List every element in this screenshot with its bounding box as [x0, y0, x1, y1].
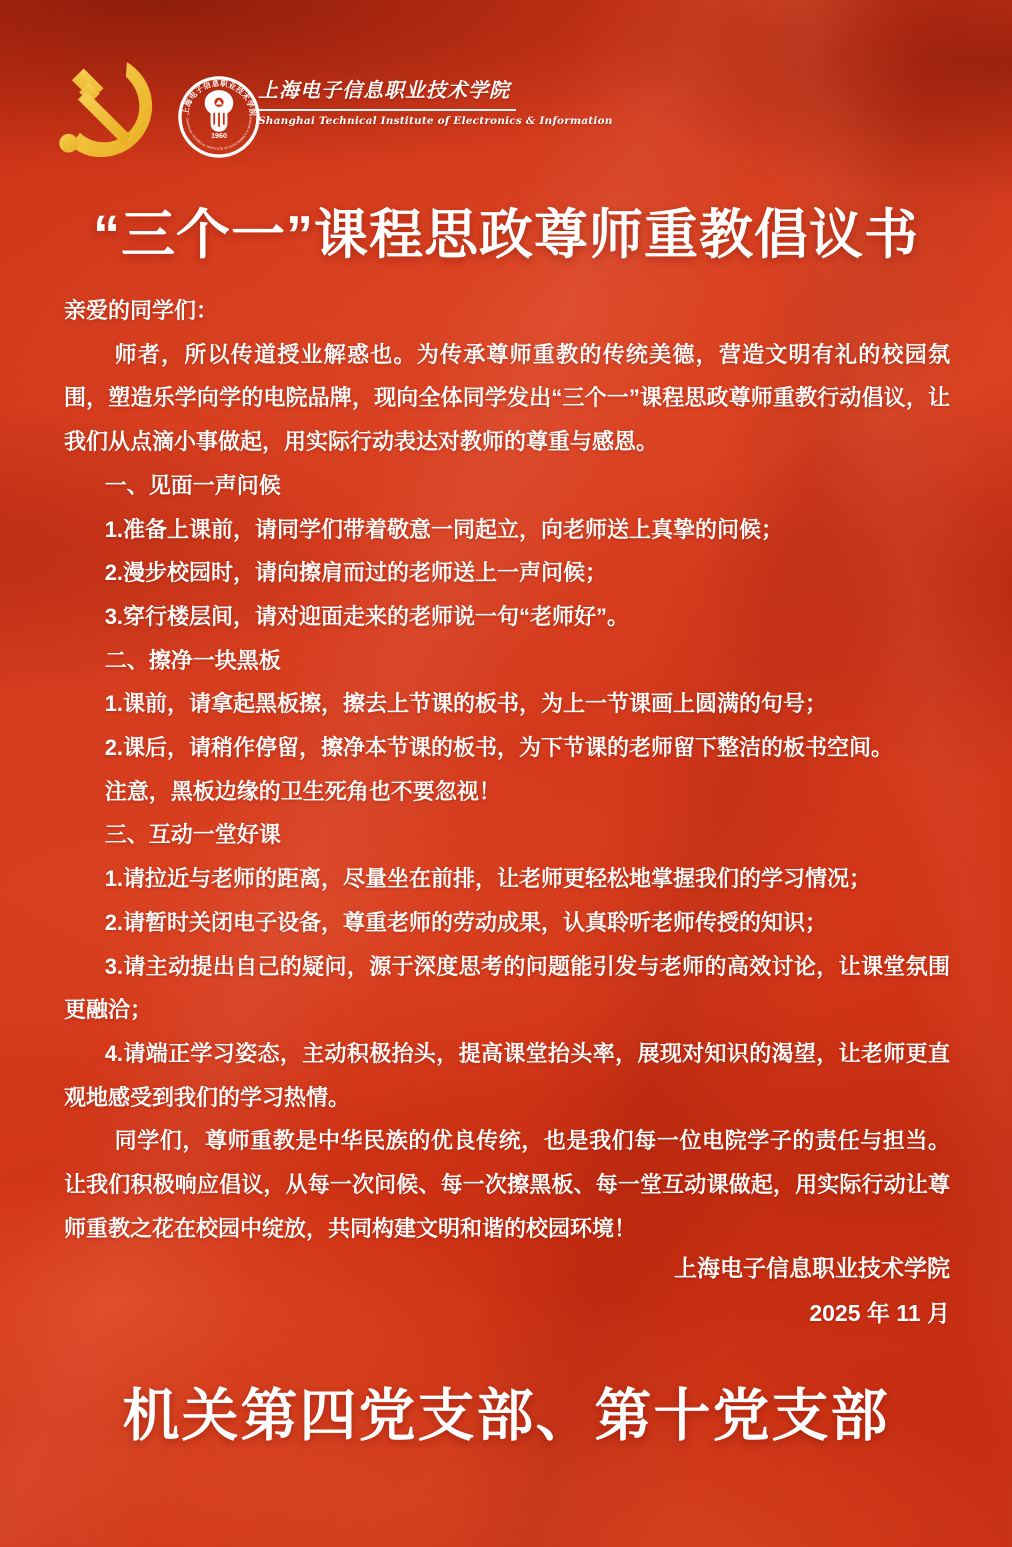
school-logo-icon: 上海电子信息职业技术学院 1960 SHANGHAI TECHNICAL INS…: [177, 75, 261, 159]
salutation: 亲爱的同学们：: [64, 289, 950, 333]
logo-central-emblem: [205, 90, 234, 132]
section-2-item-2: 2.课后，请稍作停留，擦净本节课的板书，为下节课的老师留下整洁的板书空间。: [64, 726, 950, 770]
section-3-item-3: 3.请主动提出自己的疑问，源于深度思考的问题能引发与老师的高效讨论，让课堂氛围更…: [64, 945, 950, 1032]
signature-org: 上海电子信息职业技术学院: [674, 1246, 950, 1291]
header: 上海电子信息职业技术学院 1960 SHANGHAI TECHNICAL INS…: [0, 0, 1012, 180]
section-1-item-3: 3.穿行楼层间，请对迎面走来的老师说一句“老师好”。: [64, 595, 950, 639]
signature-date: 2025 年 11 月: [674, 1291, 950, 1336]
section-3-item-1: 1.请拉近与老师的距离，尽量坐在前排，让老师更轻松地掌握我们的学习情况；: [64, 857, 950, 901]
section-1-item-2: 2.漫步校园时，请向擦肩而过的老师送上一声问候；: [64, 551, 950, 595]
section-2-heading: 二、擦净一块黑板: [64, 639, 950, 683]
section-2-item-1: 1.课前，请拿起黑板擦，擦去上节课的板书，为上一节课画上圆满的句号；: [64, 682, 950, 726]
signature-block: 上海电子信息职业技术学院 2025 年 11 月: [674, 1246, 950, 1336]
school-name-english: Shanghai Technical Institute of Electron…: [258, 115, 516, 127]
poster: 上海电子信息职业技术学院 1960 SHANGHAI TECHNICAL INS…: [0, 0, 1012, 1547]
section-1-item-1: 1.准备上课前，请同学们带着敬意一同起立，向老师送上真挚的问候；: [64, 508, 950, 552]
section-3-heading: 三、互动一堂好课: [64, 813, 950, 857]
intro-paragraph: 师者，所以传道授业解惑也。为传承尊师重教的传统美德，营造文明有礼的校园氛围，塑造…: [64, 333, 950, 464]
logo-year: 1960: [211, 132, 227, 140]
party-emblem-icon: [52, 56, 156, 168]
section-3-item-4: 4.请端正学习姿态，主动积极抬头，提高课堂抬头率，展现对知识的渴望，让老师更直观…: [64, 1032, 950, 1119]
school-name-block: 上海电子信息职业技术学院 Shanghai Technical Institut…: [258, 74, 516, 127]
poster-title: “三个一”课程思政尊师重教倡议书: [0, 192, 1012, 269]
header-divider: [258, 109, 516, 111]
section-2-note: 注意，黑板边缘的卫生死角也不要忽视！: [64, 770, 950, 814]
proposal-body: 亲爱的同学们： 师者，所以传道授业解惑也。为传承尊师重教的传统美德，营造文明有礼…: [64, 289, 950, 1250]
school-name-chinese: 上海电子信息职业技术学院: [258, 74, 516, 103]
section-1-heading: 一、见面一声问候: [64, 464, 950, 508]
closing-paragraph: 同学们，尊师重教是中华民族的优良传统，也是我们每一位电院学子的责任与担当。让我们…: [64, 1119, 950, 1250]
section-3-item-2: 2.请暂时关闭电子设备，尊重老师的劳动成果，认真聆听老师传授的知识；: [64, 901, 950, 945]
issuing-branches-title: 机关第四党支部、第十党支部: [0, 1370, 1012, 1452]
